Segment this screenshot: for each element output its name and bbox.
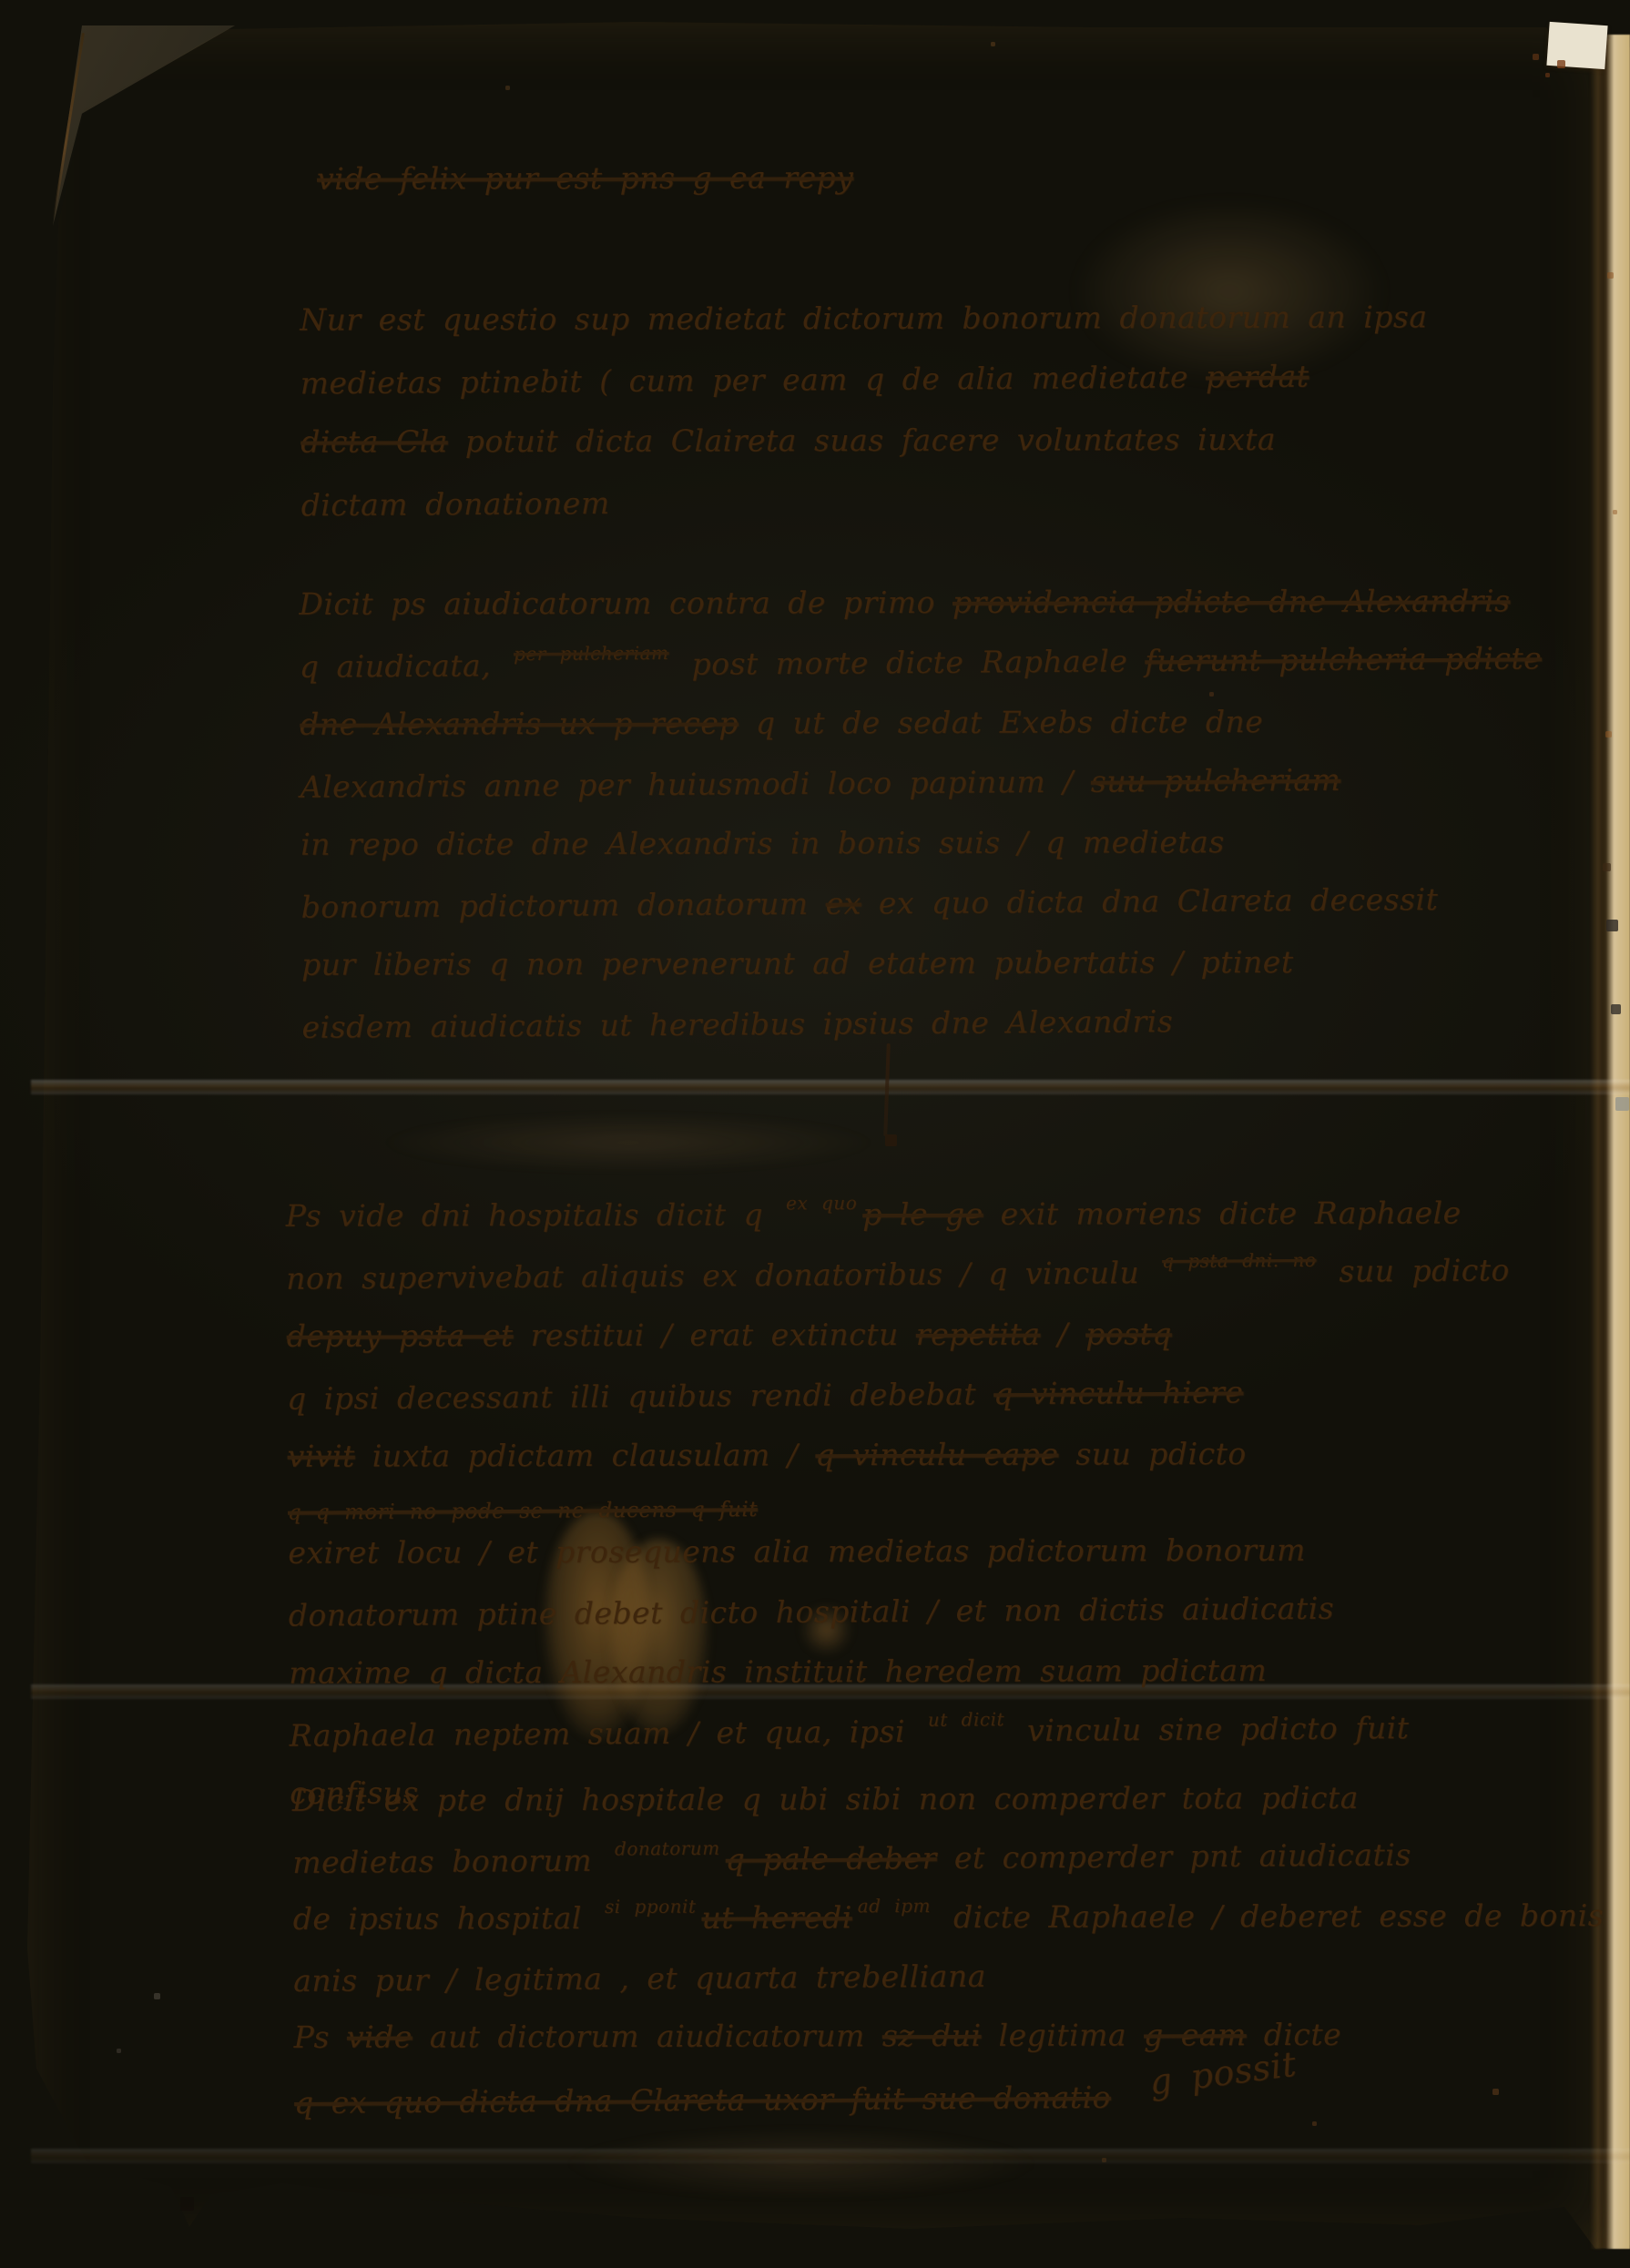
paragraph: Dicit ps aiudicatorum contra de primo pr…	[299, 580, 1544, 1070]
handwritten-text: medietas ptinebit ( cum per eam q de ali…	[301, 359, 1207, 401]
struck-text: fuerunt pulcheria pdicte	[1145, 640, 1542, 678]
handwritten-text: de ipsius hospital	[293, 1900, 599, 1937]
handwritten-text: anis pur / legitima , et quarta trebelli…	[293, 1958, 986, 1998]
handwritten-text: potuit dicta Claireta suas facere volunt…	[448, 422, 1276, 459]
handwritten-text: Nur est questio sup medietat dictorum bo…	[300, 299, 1427, 337]
handwritten-text: pur liberis q non pervenerunt ad etatem …	[301, 944, 1294, 982]
handwritten-text: suu pdicto	[1321, 1252, 1510, 1288]
foxing-spots	[0, 0, 1, 1]
struck-text: vivit	[288, 1439, 355, 1474]
handwritten-line: Ps vide dni hospitalis dicit q ex quop l…	[286, 1195, 1510, 1258]
handwritten-line: q ex quo dicta dna Clareta uxor fuit sue…	[294, 2072, 1605, 2141]
handwritten-text: ut dicit	[928, 1708, 1004, 1731]
showthrough-smudge	[382, 1113, 874, 1173]
struck-text: g eam	[1144, 2017, 1247, 2052]
struck-text: suu pulcheriam	[1091, 762, 1341, 799]
struck-text: ex	[825, 885, 861, 920]
handwritten-line: exiret locu / et prosequens alia medieta…	[288, 1531, 1512, 1595]
under-leaf-edge	[1601, 35, 1630, 2249]
handwritten-text: Ps	[294, 2019, 347, 2055]
handwritten-text: dictam donationem	[301, 485, 609, 523]
struck-text: q vinculu eape	[815, 1437, 1058, 1473]
struck-text: q psta dni. no	[1162, 1249, 1316, 1272]
handwritten-line: bonorum pdictorum donatorum ex ex quo di…	[301, 880, 1543, 950]
handwritten-text: exit moriens dicte Raphaele	[983, 1195, 1462, 1231]
handwritten-text: dicte Raphaele / deberet esse de bonis	[936, 1897, 1604, 1935]
handwritten-line: non supervivebat aliquis ex donatoribus …	[286, 1252, 1510, 1320]
handwritten-text: q ut de sedat Exebs dicte dne	[739, 704, 1264, 741]
handwritten-line: in repo dicte dne Alexandris in bonis su…	[301, 823, 1543, 887]
manuscript-photo: vide felix pur est pns g ea repy Nur est…	[0, 0, 1630, 2268]
handwritten-line: Nur est questio sup medietat dictorum bo…	[300, 299, 1427, 362]
handwritten-text: non supervivebat aliquis ex donatoribus …	[286, 1255, 1156, 1297]
handwritten-text: Ps vide dni hospitalis dicit q	[286, 1196, 780, 1233]
handwritten-line: Dicit ex pte dnij hospitale q ubi sibi n…	[292, 1779, 1604, 1842]
handwritten-line: medietas ptinebit ( cum per eam q de ali…	[301, 358, 1429, 427]
struck-text: dne Alexandris ux p recep	[300, 706, 739, 742]
handwritten-line: vide felix pur est pns g ea repy	[317, 159, 854, 221]
handwritten-text: exiret locu / et prosequens alia medieta…	[288, 1532, 1306, 1571]
struck-text: sz dui	[882, 2018, 982, 2053]
handwritten-line: pur liberis q non pervenerunt ad etatem …	[301, 943, 1543, 1007]
handwritten-line: dictam donationem	[301, 480, 1429, 549]
struck-text: dicta Cla	[301, 423, 448, 459]
handwritten-line: eisdem aiudicatis ut heredibus ipsius dn…	[301, 1001, 1544, 1070]
handwritten-text: et comperder pnt aiudicatis	[937, 1836, 1411, 1876]
paragraph: vide felix pur est pns g ea repy	[317, 158, 854, 222]
handwritten-line: Dicit ps aiudicatorum contra de primo pr…	[299, 583, 1541, 646]
handwritten-text: legitima	[981, 2017, 1144, 2052]
handwritten-text: donatorum ptine debet dicto hospitali / …	[289, 1591, 1335, 1633]
handwritten-line: maxime q dicta Alexandris instituit here…	[289, 1652, 1513, 1715]
struck-text: q vinculu hiere	[993, 1374, 1244, 1411]
handwritten-text: post morte dicte Raphaele	[674, 643, 1145, 682]
handwritten-text: donatorum	[615, 1837, 720, 1860]
handwritten-line: donatorum ptine debet dicto hospitali / …	[289, 1589, 1513, 1657]
handwritten-line: depuy psta et restitui / erat extinctu r…	[287, 1315, 1511, 1378]
handwritten-text: ad ipm	[858, 1895, 931, 1917]
struck-text: per pulcheriam	[514, 642, 669, 665]
handwritten-text: q ipsi decessant illi quibus rendi debeb…	[287, 1376, 993, 1416]
paragraph: Nur est questio sup medietat dictorum bo…	[300, 297, 1429, 549]
handwritten-text: ex quo	[786, 1192, 857, 1214]
struck-text: vide	[347, 2019, 413, 2055]
handwritten-text: si pponit	[605, 1896, 697, 1917]
handwritten-text: restitui / erat extinctu	[514, 1317, 916, 1353]
handwritten-text: suu pdicto	[1058, 1436, 1246, 1472]
paragraph: Dicit ex pte dnij hospitale q ubi sibi n…	[292, 1776, 1605, 2141]
handwritten-text: /	[1040, 1316, 1085, 1351]
handwritten-text: iuxta pdictam clausulam /	[355, 1437, 816, 1473]
struck-text: q pale deber	[726, 1840, 937, 1877]
handwritten-line: vivit iuxta pdictam clausulam / q vincul…	[288, 1435, 1512, 1499]
struck-text: perdat	[1206, 359, 1309, 395]
handwritten-line: medietas bonorum donatorumq pale deber e…	[292, 1836, 1604, 1904]
handwritten-line: q aiudicata, per pulcheriam post morte d…	[300, 640, 1543, 709]
handwritten-text: vinculu sine pdicto fuit	[1010, 1710, 1410, 1748]
struck-text: q q mori no pode se ne ducens q fuit	[288, 1498, 758, 1525]
struck-text: p le ge	[862, 1196, 983, 1232]
handwritten-text: in repo dicte dne Alexandris in bonis su…	[301, 824, 1225, 862]
handwritten-text: aut dictorum aiudicatorum	[413, 2018, 882, 2054]
handwritten-line: dne Alexandris ux p recep q ut de sedat …	[300, 703, 1542, 767]
paragraph: Ps vide dni hospitalis dicit q ex quop l…	[286, 1192, 1514, 1837]
handwritten-line: Alexandris anne per huiusmodi loco papin…	[301, 760, 1543, 829]
struck-text: depuy psta et	[287, 1317, 514, 1354]
handwritten-text: Dicit ex pte dnij hospitale q ubi sibi n…	[292, 1780, 1359, 1818]
struck-text: vide felix pur est pns g ea repy	[317, 159, 853, 197]
handwritten-text: maxime q dicta Alexandris instituit here…	[289, 1653, 1267, 1691]
handwritten-line: q ipsi decessant illi quibus rendi debeb…	[287, 1372, 1511, 1440]
handwritten-text: Dicit ps aiudicatorum contra de primo	[299, 585, 953, 622]
handwritten-text: Raphaela neptem suam / et qua, ipsi	[290, 1714, 923, 1754]
handwritten-text: q aiudicata,	[300, 647, 509, 685]
handwritten-text: bonorum pdictorum donatorum	[301, 886, 825, 925]
handwritten-line: dicta Cla potuit dicta Claireta suas fac…	[301, 421, 1428, 484]
handwritten-line: q q mori no pode se ne ducens q fuit	[288, 1492, 1512, 1537]
struck-text: ut heredi	[701, 1899, 851, 1935]
top-right-paper-tab	[1546, 22, 1607, 69]
struck-text: providencia pdicte dne Alexandris	[953, 583, 1510, 620]
handwritten-line: de ipsius hospital si pponitut herediad …	[293, 1897, 1605, 1960]
handwritten-line: Raphaela neptem suam / et qua, ipsi ut d…	[290, 1709, 1513, 1777]
struck-text: q ex quo dicta dna Clareta uxor fuit sue…	[294, 2080, 1111, 2121]
handwritten-text: ex quo dicta dna Clareta decessit	[861, 881, 1439, 920]
handwritten-text: medietas bonorum	[292, 1843, 609, 1880]
struck-text: repetita	[916, 1317, 1041, 1352]
handwritten-text: Alexandris anne per huiusmodi loco papin…	[301, 764, 1091, 805]
handwritten-line: anis pur / legitima , et quarta trebelli…	[293, 1954, 1605, 2022]
horizontal-fold-crease	[31, 1080, 1630, 1094]
handwritten-line: Ps vide aut dictorum aiudicatorum sz dui…	[294, 2016, 1605, 2079]
handwritten-text: eisdem aiudicatis ut heredibus ipsius dn…	[301, 1003, 1173, 1045]
struck-text: postq	[1085, 1316, 1172, 1351]
